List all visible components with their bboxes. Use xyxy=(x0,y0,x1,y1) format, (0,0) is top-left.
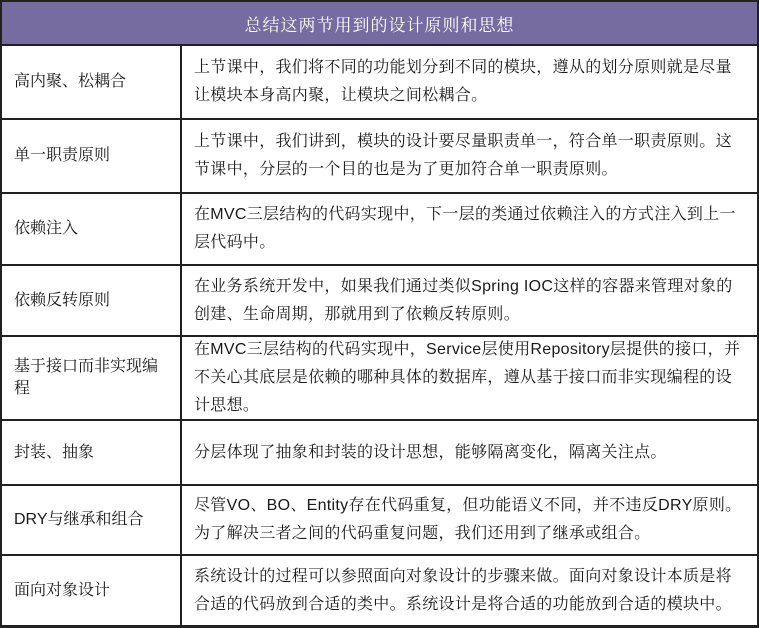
principle-cell: DRY与继承和组合 xyxy=(2,486,182,554)
table-row: 依赖反转原则 在业务系统开发中，如果我们通过类似Spring IOC这样的容器来… xyxy=(2,266,757,337)
principle-cell: 依赖注入 xyxy=(2,194,182,264)
table-row: 基于接口而非实现编程 在MVC三层结构的代码实现中，Service层使用Repo… xyxy=(2,337,757,421)
description-cell: 上节课中，我们讲到，模块的设计要尽量职责单一，符合单一职责原则。这节课中，分层的… xyxy=(182,120,757,192)
description-cell: 系统设计的过程可以参照面向对象设计的步骤来做。面向对象设计本质是将合适的代码放到… xyxy=(182,556,757,625)
table-row: 高内聚、松耦合 上节课中，我们将不同的功能划分到不同的模块，遵从的划分原则就是尽… xyxy=(2,46,757,120)
description-cell: 在MVC三层结构的代码实现中，Service层使用Repository层提供的接… xyxy=(182,337,757,419)
description-cell: 分层体现了抽象和封装的设计思想，能够隔离变化，隔离关注点。 xyxy=(182,421,757,484)
table-row: 单一职责原则 上节课中，我们讲到，模块的设计要尽量职责单一，符合单一职责原则。这… xyxy=(2,120,757,194)
design-principles-table: 总结这两节用到的设计原则和思想 高内聚、松耦合 上节课中，我们将不同的功能划分到… xyxy=(0,0,759,628)
principle-cell: 依赖反转原则 xyxy=(2,266,182,335)
description-cell: 在MVC三层结构的代码实现中，下一层的类通过依赖注入的方式注入到上一层代码中。 xyxy=(182,194,757,264)
table-row: 封装、抽象 分层体现了抽象和封装的设计思想，能够隔离变化，隔离关注点。 xyxy=(2,421,757,486)
table-row: DRY与继承和组合 尽管VO、BO、Entity存在代码重复，但功能语义不同，并… xyxy=(2,486,757,556)
principle-cell: 封装、抽象 xyxy=(2,421,182,484)
principle-cell: 高内聚、松耦合 xyxy=(2,46,182,118)
principle-cell: 面向对象设计 xyxy=(2,556,182,625)
table-row: 面向对象设计 系统设计的过程可以参照面向对象设计的步骤来做。面向对象设计本质是将… xyxy=(2,556,757,625)
description-cell: 上节课中，我们将不同的功能划分到不同的模块，遵从的划分原则就是尽量让模块本身高内… xyxy=(182,46,757,118)
principle-cell: 单一职责原则 xyxy=(2,120,182,192)
description-cell: 在业务系统开发中，如果我们通过类似Spring IOC这样的容器来管理对象的创建… xyxy=(182,266,757,335)
table-title: 总结这两节用到的设计原则和思想 xyxy=(2,2,757,46)
description-cell: 尽管VO、BO、Entity存在代码重复，但功能语义不同，并不违反DRY原则。为… xyxy=(182,486,757,554)
table-row: 依赖注入 在MVC三层结构的代码实现中，下一层的类通过依赖注入的方式注入到上一层… xyxy=(2,194,757,266)
principle-cell: 基于接口而非实现编程 xyxy=(2,337,182,419)
